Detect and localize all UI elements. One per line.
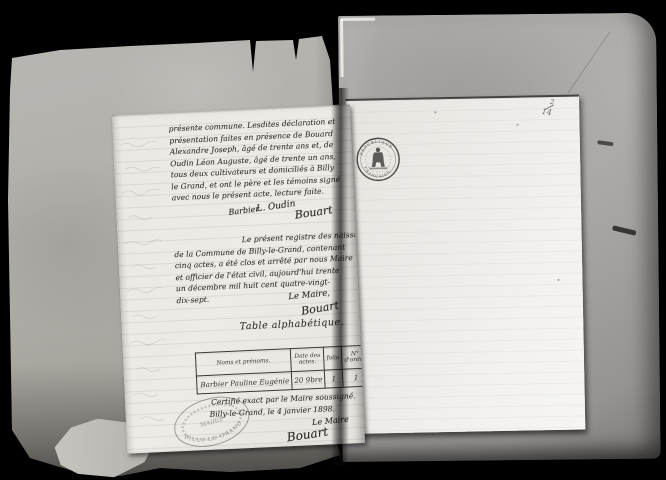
act-closing-paragraph: présente commune. Lesdites déclaration e… bbox=[168, 116, 340, 204]
cell-folio: 1 bbox=[325, 369, 344, 388]
cover-edge-highlight bbox=[340, 19, 344, 77]
header-date-actes: Date des actes. bbox=[290, 347, 324, 371]
header-folio: folio bbox=[324, 346, 343, 370]
pencil-page-number: 2 14 bbox=[539, 98, 563, 119]
father-signature: Barbier bbox=[228, 204, 260, 216]
microfilm-scan-background: RÉPUBLIQUE FRANÇAISE 2 14 bbox=[0, 0, 666, 480]
paper-crease bbox=[568, 32, 611, 94]
stamp-center-text: MAIRIE bbox=[198, 415, 225, 429]
paper-speck bbox=[557, 279, 559, 281]
table-alphabetique-title: Table alphabétique. bbox=[239, 317, 344, 333]
mayor-signature: Bouart bbox=[294, 203, 334, 222]
registre-closing-paragraph: Le présent registre des naissances de la… bbox=[174, 228, 366, 306]
cell-date: 20 9bre bbox=[291, 370, 325, 389]
cell-numero: 1 bbox=[342, 368, 365, 387]
alphabetical-index-table: Noms et prénoms. Date des actes. folio N… bbox=[195, 345, 365, 395]
witness-signature: L. Oudin bbox=[256, 199, 296, 214]
manuscript-page: présente commune. Lesdites déclaration e… bbox=[112, 104, 365, 453]
mayor-signature: Bouart bbox=[300, 299, 340, 318]
tear-mark bbox=[612, 225, 637, 235]
tear-mark bbox=[597, 140, 613, 146]
mayor-signature: Bouart bbox=[286, 424, 329, 444]
republique-francaise-seal-icon: RÉPUBLIQUE FRANÇAISE bbox=[355, 136, 402, 183]
cover-edge-highlight bbox=[341, 18, 375, 21]
paper-speck bbox=[517, 124, 519, 126]
paper-speck bbox=[434, 111, 436, 113]
right-blank-page: RÉPUBLIQUE FRANÇAISE 2 14 bbox=[345, 95, 585, 434]
